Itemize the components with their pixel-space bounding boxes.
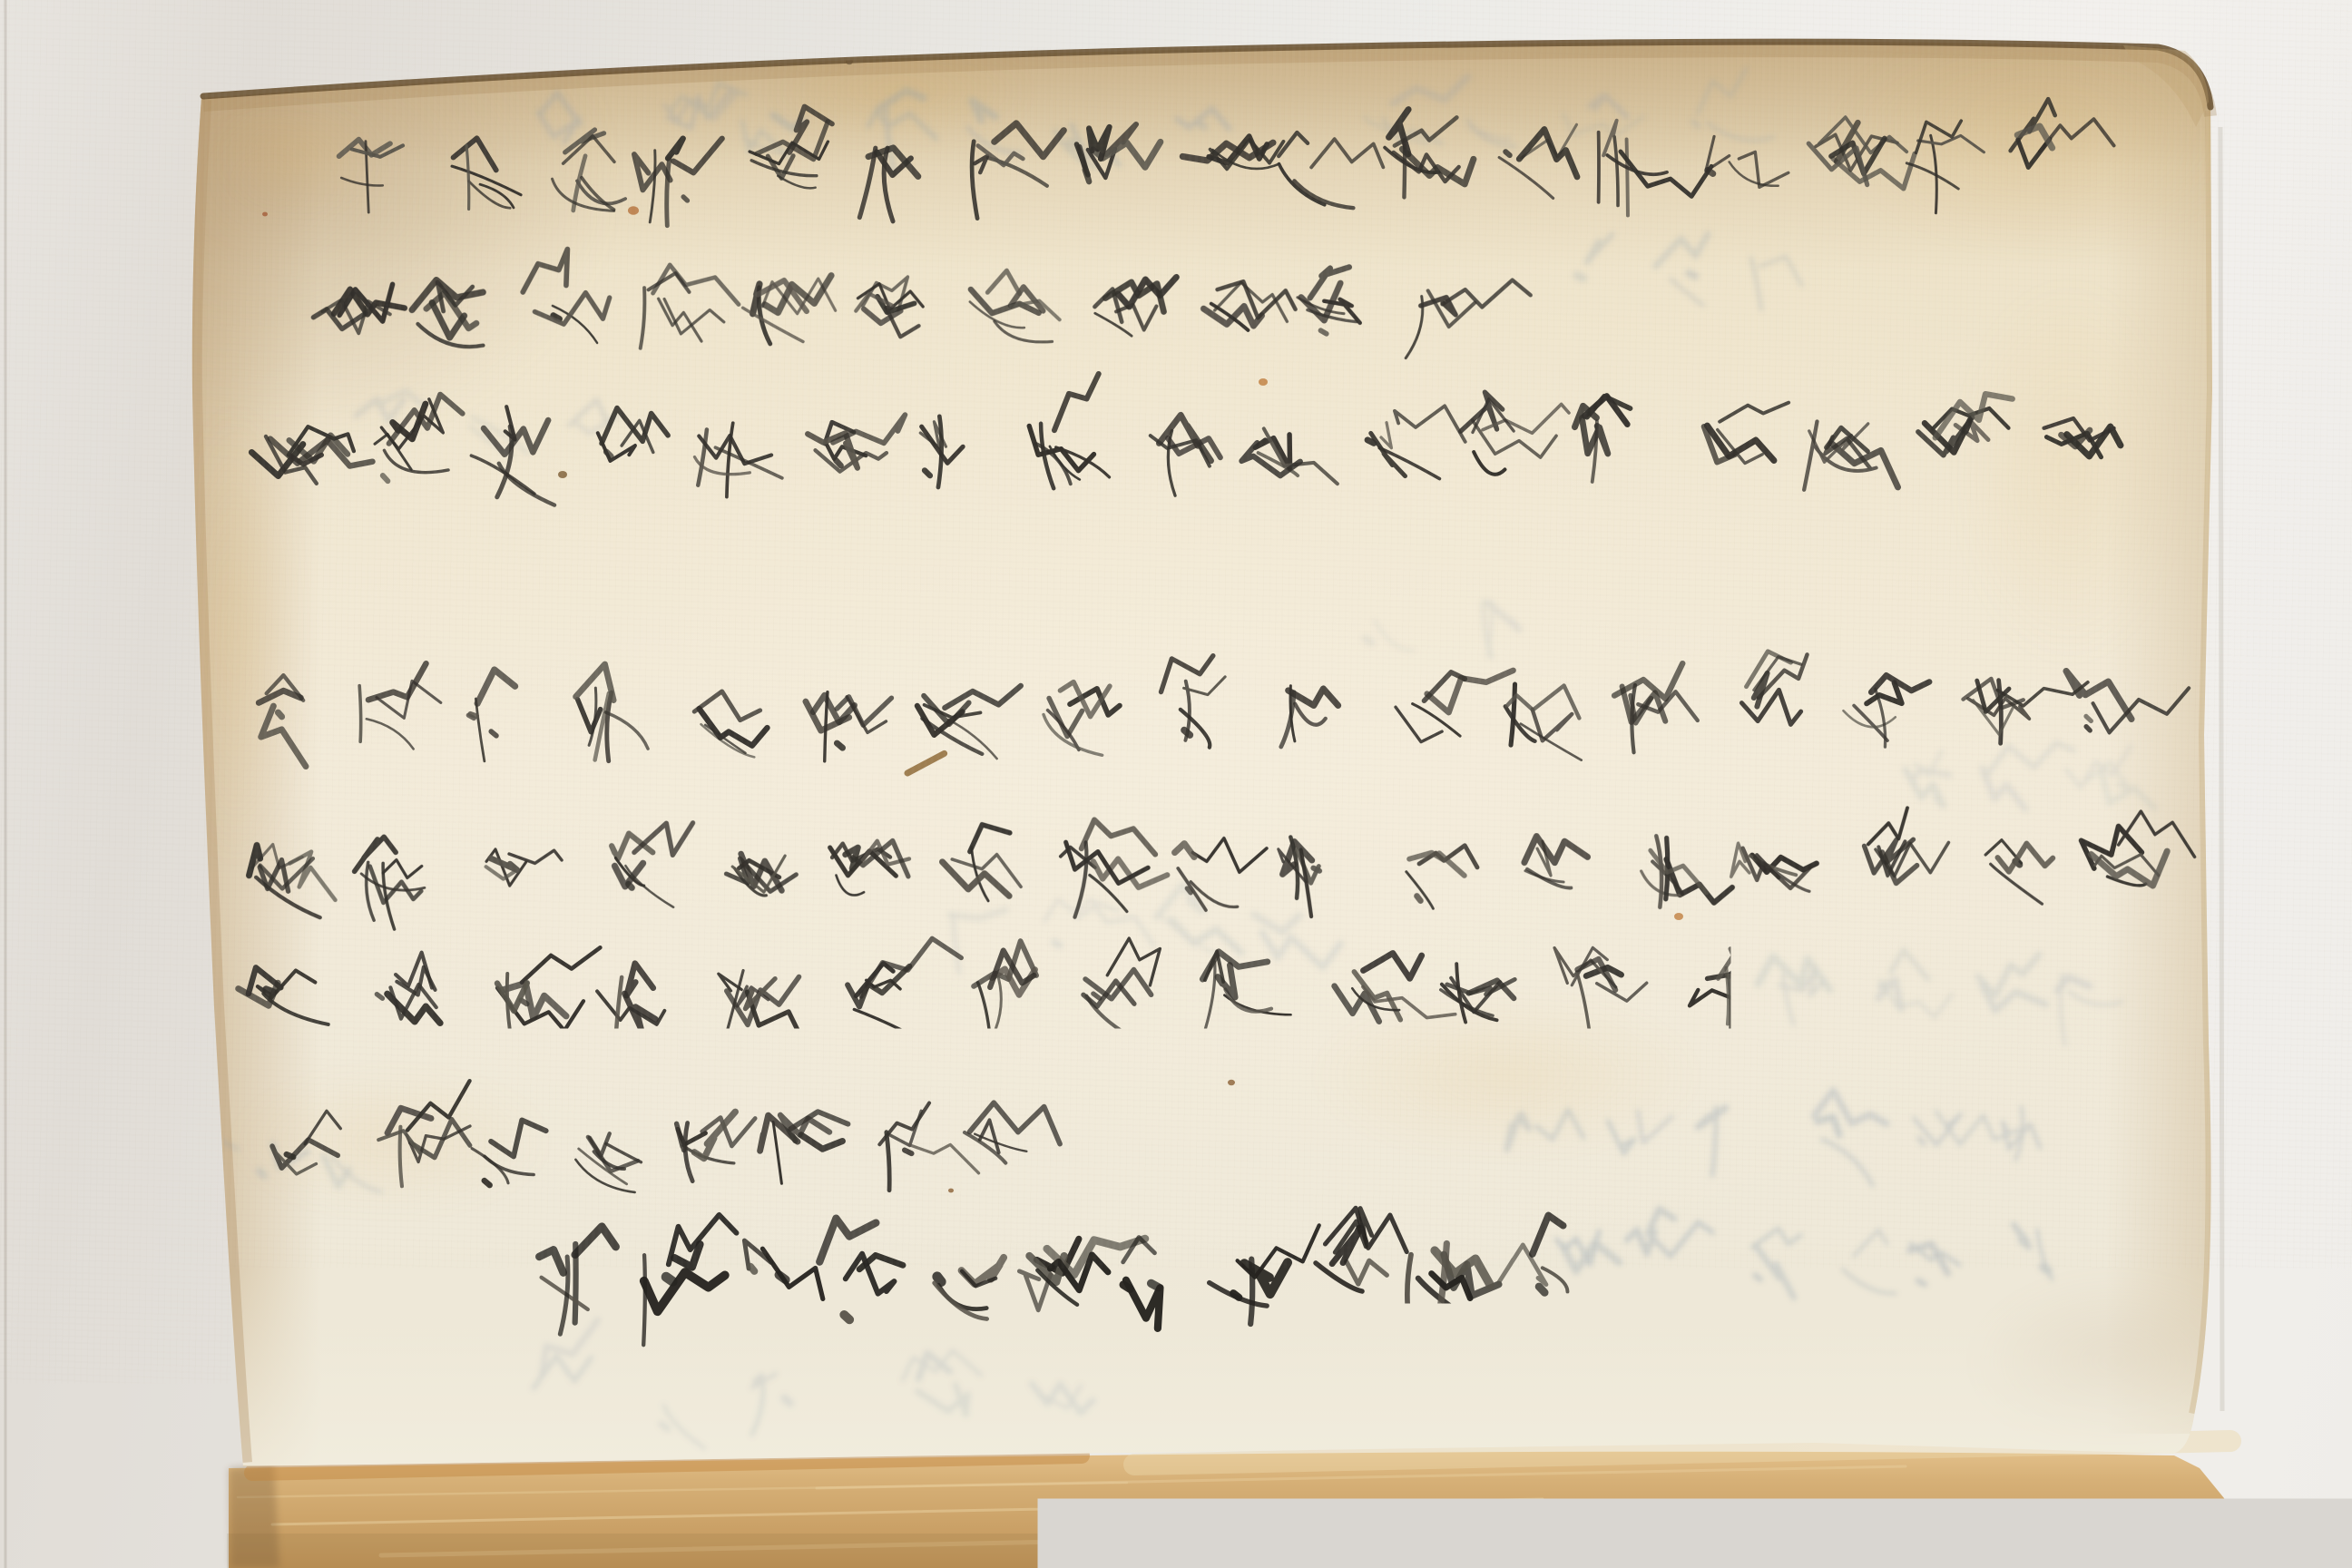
- stain-speck: [1674, 913, 1683, 920]
- stain-speck: [558, 471, 567, 478]
- manuscript-photo: [0, 0, 2352, 1568]
- stain-speck: [1228, 1080, 1235, 1085]
- age-stain-patch: [1951, 272, 2187, 671]
- stain-speck: [1259, 378, 1268, 386]
- stain-speck: [948, 1189, 954, 1193]
- age-stain-patch: [227, 1069, 554, 1214]
- bottom-pale-band: [218, 1270, 2223, 1465]
- bottom-shade: [227, 1534, 2352, 1568]
- stain-speck: [628, 206, 639, 215]
- stain-speck: [262, 212, 268, 217]
- right-edge-cast-shadow: [2220, 127, 2222, 1411]
- photo-canvas: [0, 0, 2352, 1568]
- age-stain-patch: [218, 100, 381, 209]
- age-stain-patch: [1307, 994, 1706, 1157]
